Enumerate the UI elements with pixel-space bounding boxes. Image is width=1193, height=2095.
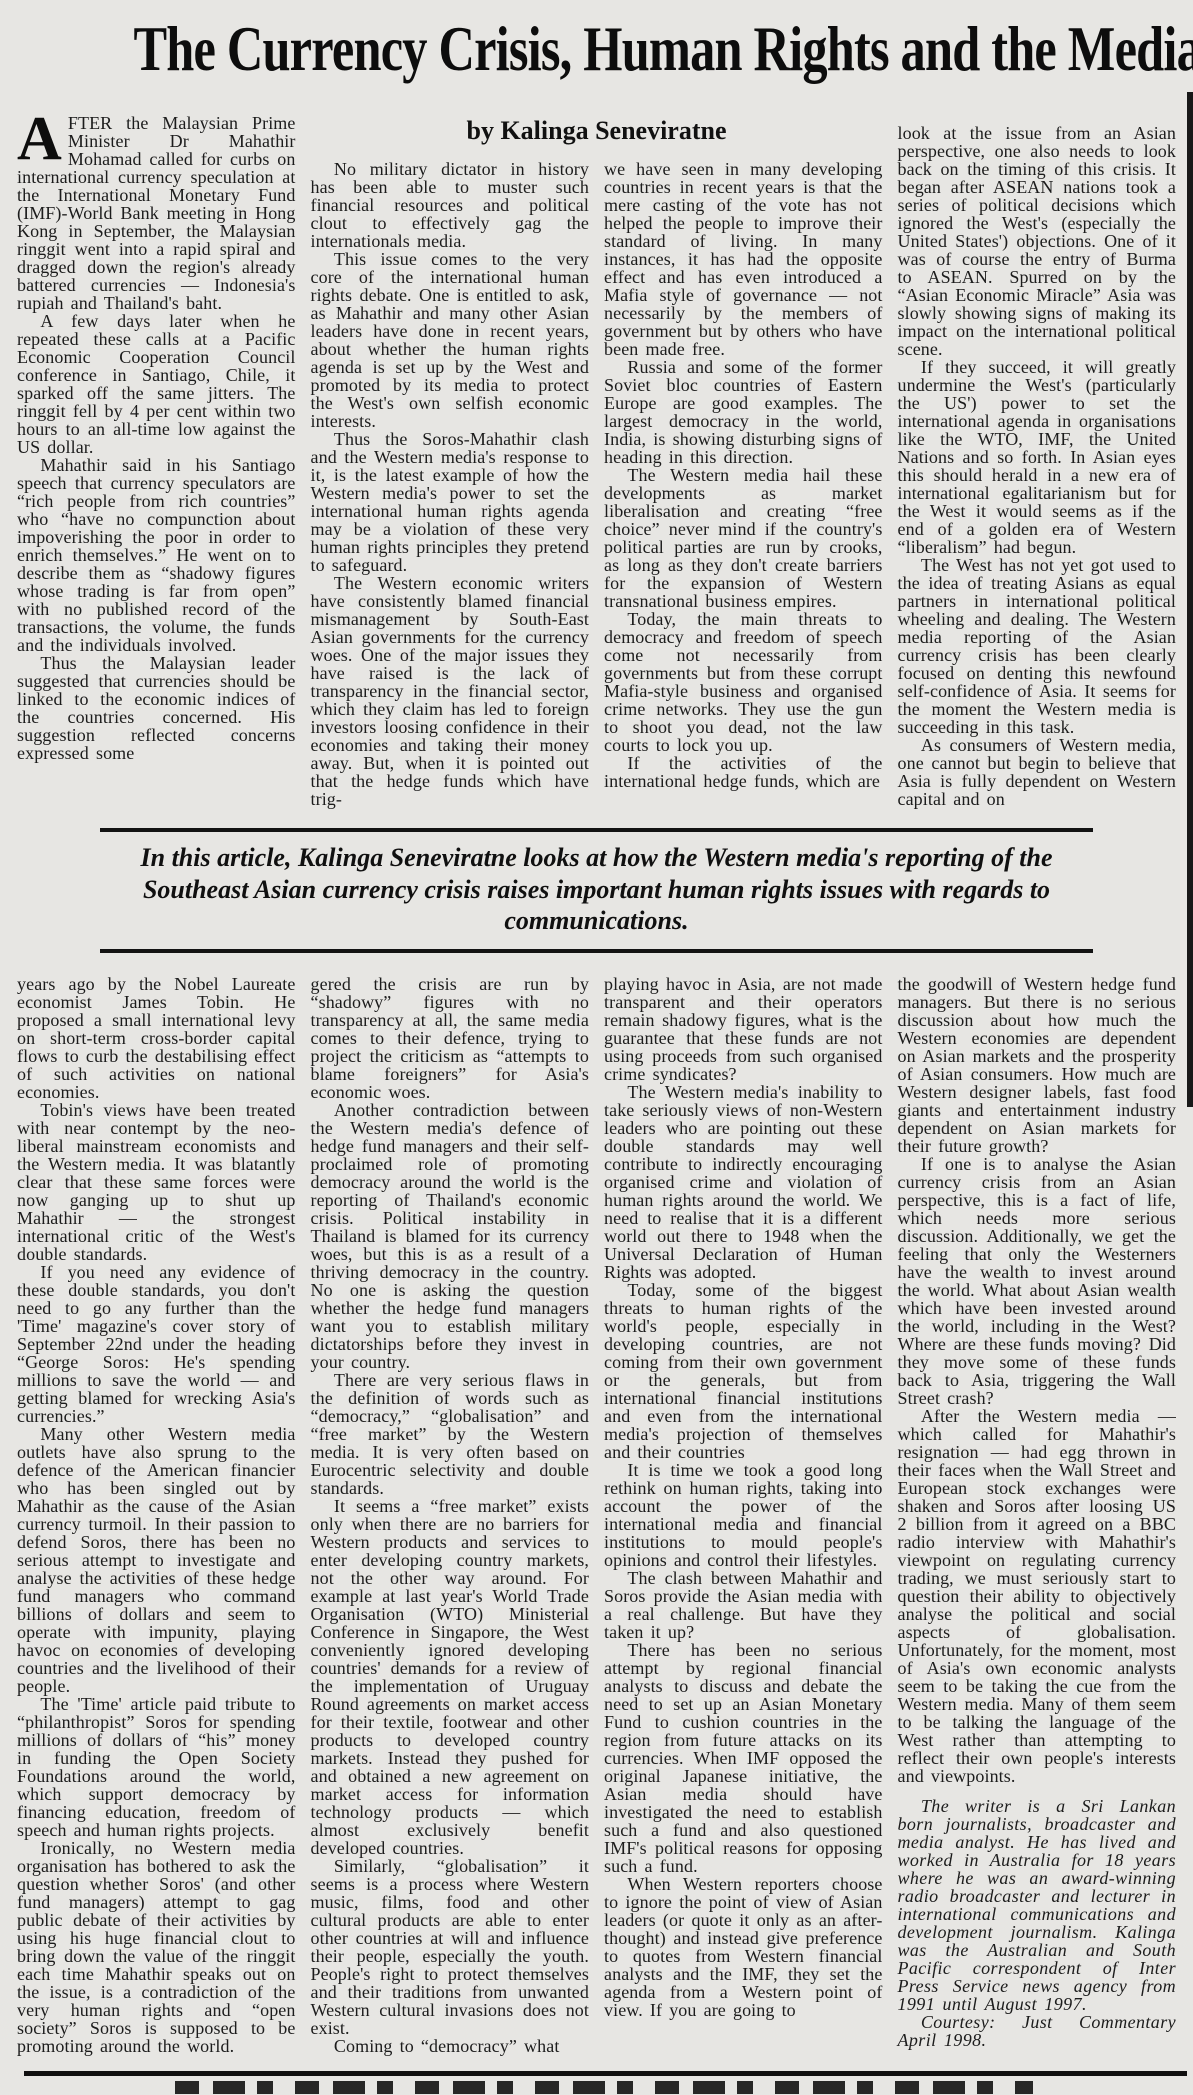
paragraph: Russia and some of the former Soviet blo… xyxy=(604,358,883,466)
drop-cap: A xyxy=(17,114,68,162)
paragraph: After the Western media — which called f… xyxy=(898,1407,1177,1785)
paragraph: This issue comes to the very core of the… xyxy=(311,250,590,430)
top-column-3: we have seen in many developing countrie… xyxy=(604,160,883,808)
paragraph: Ironically, no Western media organisatio… xyxy=(17,1839,296,2055)
paragraph: Today, some of the biggest threats to hu… xyxy=(604,1281,883,1461)
paragraph: Many other Western media outlets have al… xyxy=(17,1425,296,1695)
paragraph: The West has not yet got used to the ide… xyxy=(898,556,1177,736)
top-column-1-paragraphs: A few days later when he repeated these … xyxy=(17,312,296,762)
bottom-column-4-paragraphs: the goodwill of Western hedge fund manag… xyxy=(898,975,1177,1785)
paragraph: It seems a “free market” exists only whe… xyxy=(311,1497,590,1857)
top-column-4: look at the issue from an Asian perspect… xyxy=(898,114,1177,808)
paragraph: we have seen in many developing countrie… xyxy=(604,160,883,358)
next-article-cutoff-text xyxy=(175,2081,1033,2094)
page-title: The Currency Crisis, Human Rights and th… xyxy=(133,16,1193,82)
paragraph: A few days later when he repeated these … xyxy=(17,312,296,456)
article-headline: The Currency Crisis, Human Rights and th… xyxy=(0,0,1193,108)
paragraph: years ago by the Nobel Laureate economis… xyxy=(17,975,296,1101)
paragraph: If one is to analyse the Asian currency … xyxy=(898,1155,1177,1407)
paragraph: look at the issue from an Asian perspect… xyxy=(898,124,1177,358)
paragraph: Similarly, “globalisation” it seems is a… xyxy=(311,1857,590,2037)
paragraph: If they succeed, it will greatly undermi… xyxy=(898,358,1177,556)
paragraph: Coming to “democracy” what xyxy=(311,2037,590,2055)
paragraph: No military dictator in history has been… xyxy=(311,160,590,250)
paragraph: The Western economic writers have consis… xyxy=(311,574,590,808)
scan-edge-artifact xyxy=(1187,92,1193,1107)
byline: by Kalinga Seneviratne xyxy=(311,116,883,146)
bottom-column-2: gered the crisis are run by “shadowy” fi… xyxy=(311,975,590,2055)
bottom-column-1: years ago by the Nobel Laureate economis… xyxy=(17,975,296,2055)
paragraph: As consumers of Western media, one canno… xyxy=(898,736,1177,808)
top-column-2: No military dictator in history has been… xyxy=(311,160,590,808)
newspaper-page: The Currency Crisis, Human Rights and th… xyxy=(0,0,1193,2095)
lead-paragraph: AFTER the Malaysian Prime Minister Dr Ma… xyxy=(17,114,296,312)
paragraph: Thus the Malaysian leader suggested that… xyxy=(17,654,296,762)
paragraph: playing havoc in Asia, are not made tran… xyxy=(604,975,883,1083)
standfirst-box: In this article, Kalinga Seneviratne loo… xyxy=(100,828,1093,953)
paragraph: Thus the Soros-Mahathir clash and the We… xyxy=(311,430,590,574)
bottom-section: years ago by the Nobel Laureate economis… xyxy=(0,975,1193,2055)
paragraph: Another contradiction between the Wester… xyxy=(311,1101,590,1371)
bottom-column-4: the goodwill of Western hedge fund manag… xyxy=(898,975,1177,2055)
paragraph: When Western reporters choose to ignore … xyxy=(604,1875,883,2019)
top-section: by Kalinga Seneviratne AFTER the Malaysi… xyxy=(0,114,1193,808)
paragraph: There has been no serious attempt by reg… xyxy=(604,1641,883,1875)
paragraph: The 'Time' article paid tribute to “phil… xyxy=(17,1695,296,1839)
paragraph: Today, the main threats to democracy and… xyxy=(604,610,883,754)
paragraph: If you need any evidence of these double… xyxy=(17,1263,296,1425)
paragraph: Mahathir said in his Santiago speech tha… xyxy=(17,456,296,654)
bottom-column-3: playing havoc in Asia, are not made tran… xyxy=(604,975,883,2055)
paragraph: If the activities of the international h… xyxy=(604,754,883,790)
paragraph: There are very serious flaws in the defi… xyxy=(311,1371,590,1497)
paragraph: the goodwill of Western hedge fund manag… xyxy=(898,975,1177,1155)
paragraph: The writer is a Sri Lankan born journali… xyxy=(898,1797,1177,2013)
bottom-divider-rule xyxy=(24,2071,1187,2076)
paragraph: Courtesy: Just Commentary April 1998. xyxy=(898,2013,1177,2049)
paragraph: The Western media's inability to take se… xyxy=(604,1083,883,1281)
top-column-1: AFTER the Malaysian Prime Minister Dr Ma… xyxy=(17,114,296,808)
paragraph: The Western media hail these development… xyxy=(604,466,883,610)
paragraph: Tobin's views have been treated with nea… xyxy=(17,1101,296,1263)
paragraph: gered the crisis are run by “shadowy” fi… xyxy=(311,975,590,1101)
paragraph: The clash between Mahathir and Soros pro… xyxy=(604,1569,883,1641)
paragraph: It is time we took a good long rethink o… xyxy=(604,1461,883,1569)
author-bio: The writer is a Sri Lankan born journali… xyxy=(898,1797,1177,2049)
